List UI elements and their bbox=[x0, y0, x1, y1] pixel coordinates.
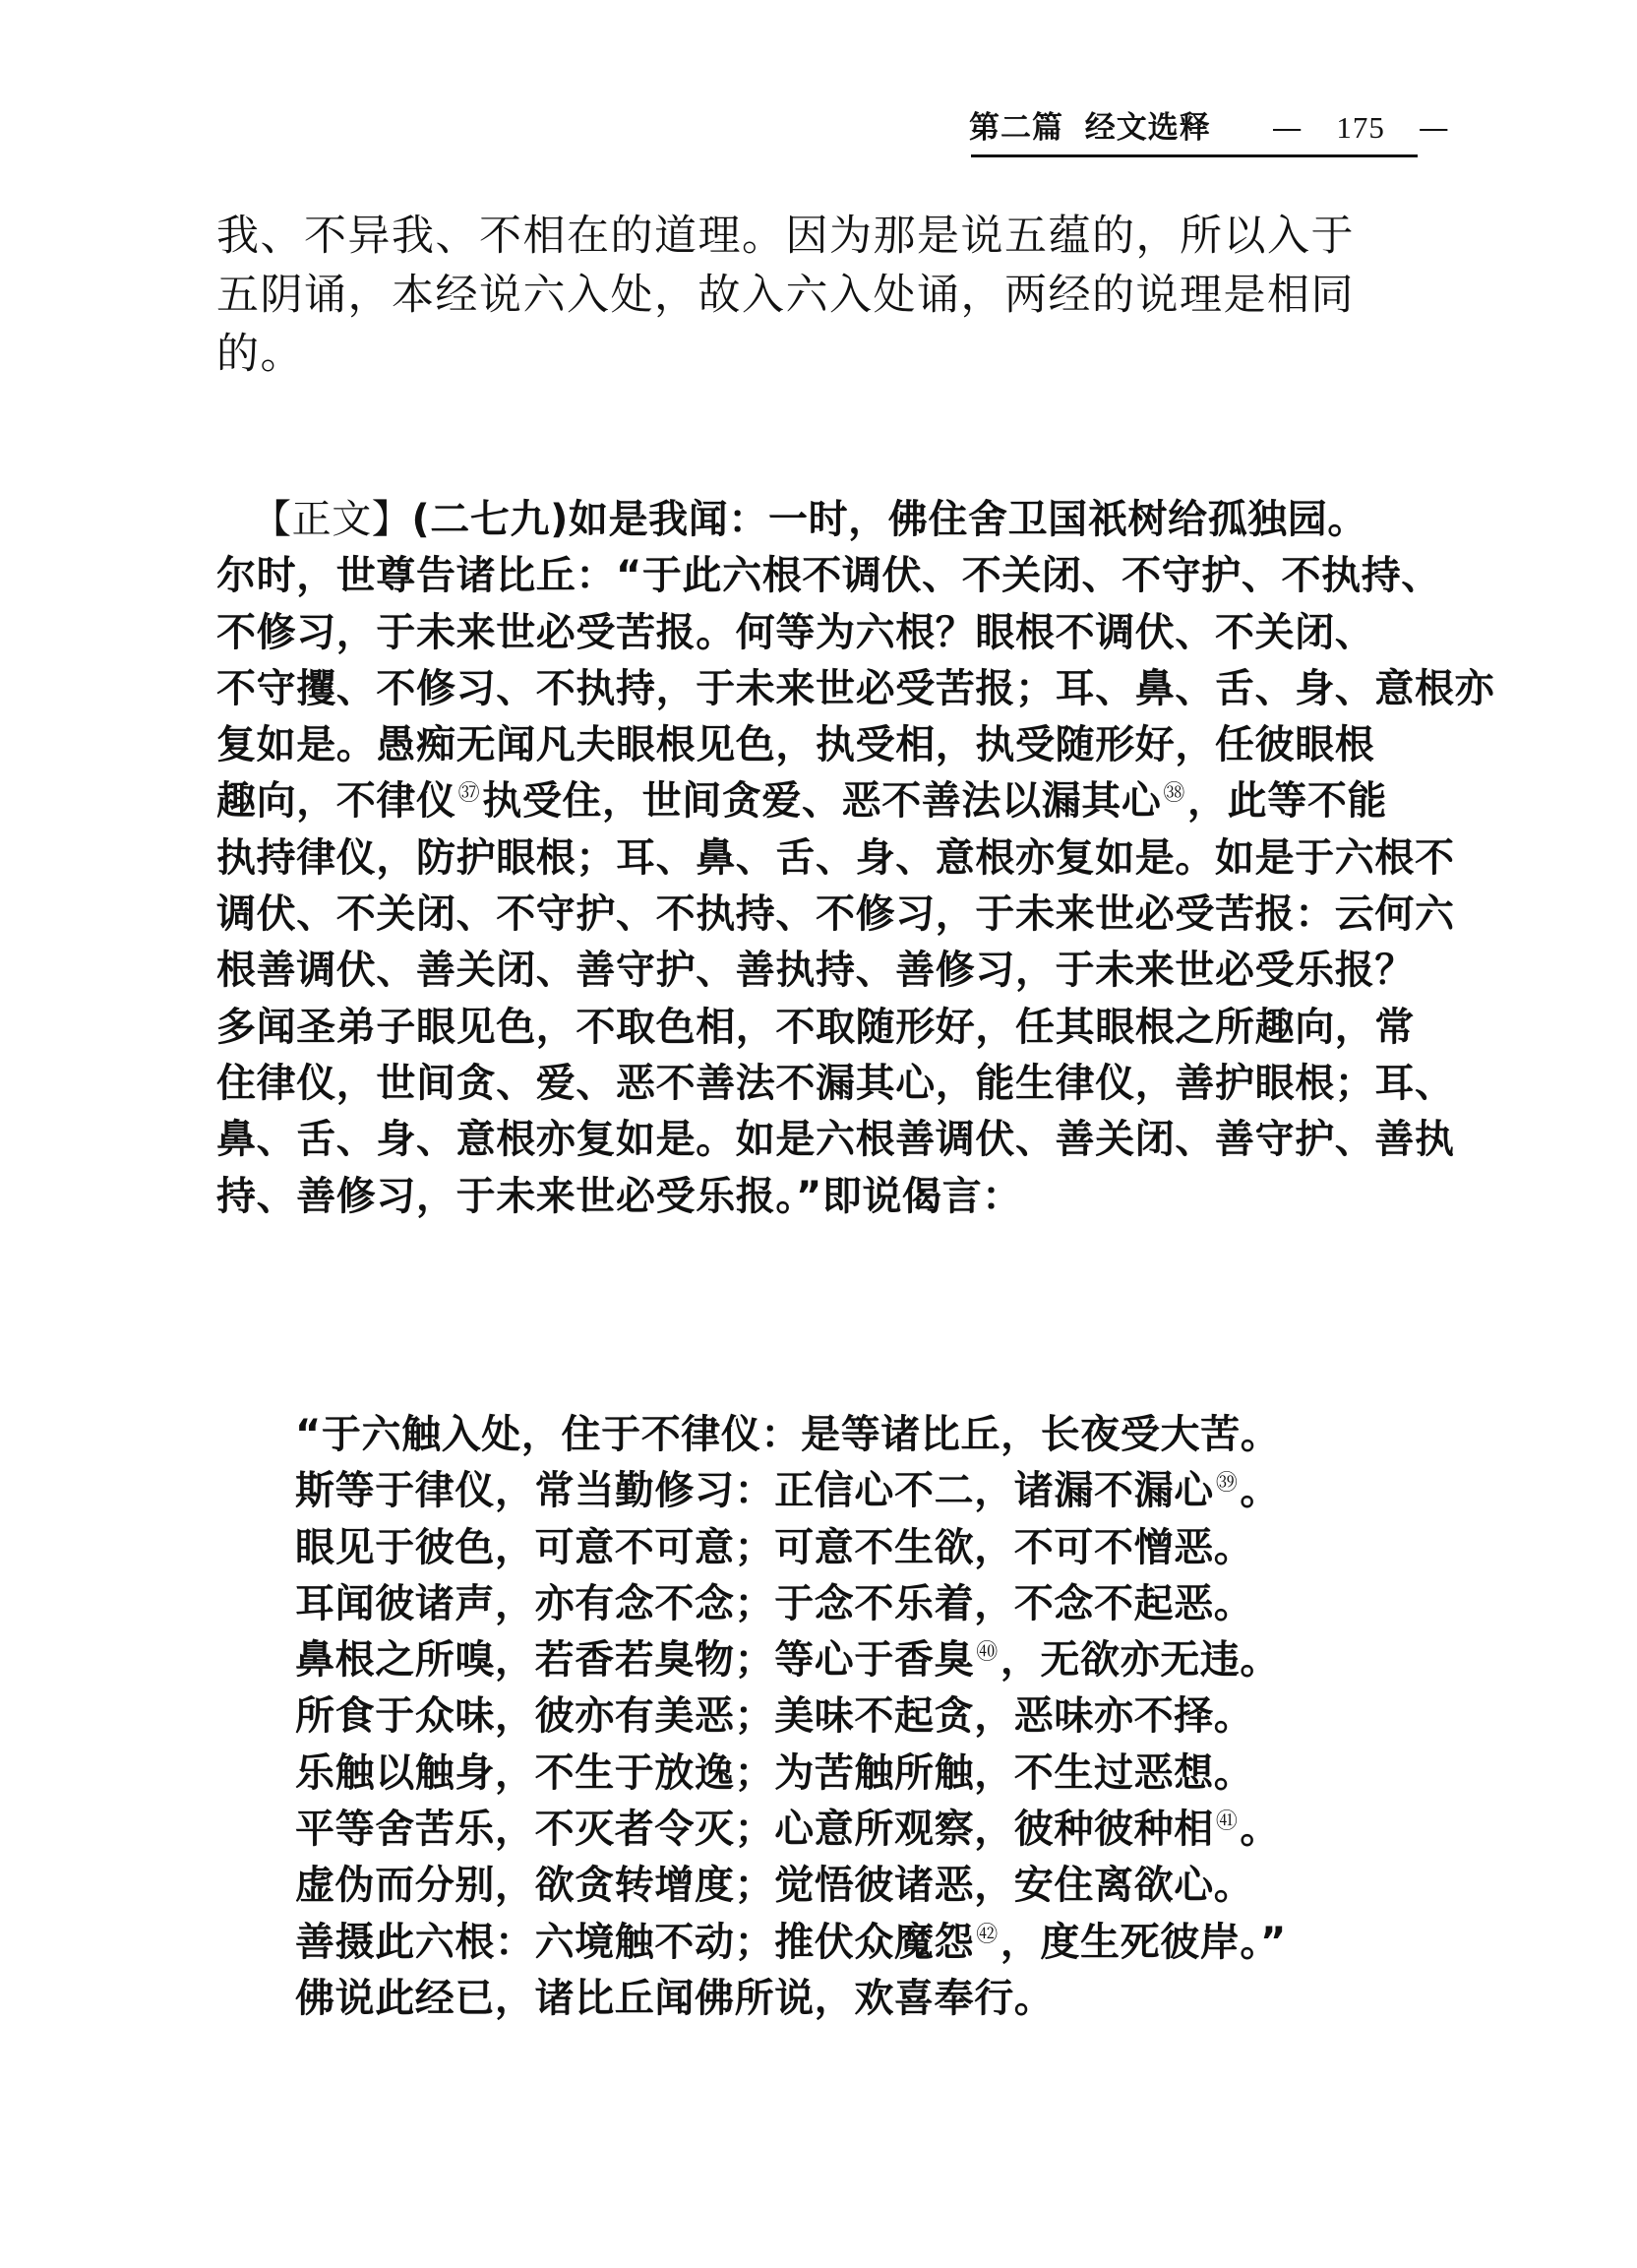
text-line: 调伏、不关闭、不守护、不执持、不修习，于未来世必受苦报：云何六 bbox=[216, 887, 1436, 943]
line-text: 执受住，世间贪爱、恶不善法以漏其心 bbox=[482, 778, 1161, 824]
line-text: 善摄此六根：六境触不动；推伏众魔怨 bbox=[295, 1920, 974, 1965]
closing-line: 佛说此经已，诸比丘闻佛所说，欢喜奉行。 bbox=[295, 1971, 1397, 2027]
line-text: ，度生死彼岸。” bbox=[1000, 1920, 1287, 1965]
line-text: 鼻根之所嗅，若香若臭物；等心于香臭 bbox=[295, 1637, 974, 1683]
main-text-paragraph: 【正文】(二七九)如是我闻：一时，佛住舍卫国祇树给孤独园。 尔时，世尊告诸比丘：… bbox=[216, 492, 1436, 1225]
text-line: 的。 bbox=[216, 325, 1436, 384]
line-text: 平等舍苦乐，不灭者令灭；心意所观察，彼种彼种相 bbox=[295, 1807, 1214, 1852]
text-line: 五阴诵，本经说六入处，故入六入处诵，两经的说理是相同 bbox=[216, 266, 1436, 325]
part-title: 第二篇 bbox=[969, 102, 1063, 147]
page-number: 175 bbox=[1336, 110, 1385, 146]
line-text: ，无欲亦无违。 bbox=[1000, 1637, 1280, 1683]
header-rule bbox=[971, 154, 1418, 157]
footnote-marker[interactable]: ㊲ bbox=[458, 781, 481, 806]
verse-line: 虚伪而分别，欲贪转增度；觉悟彼诸恶，安住离欲心。 bbox=[295, 1858, 1397, 1914]
text-line: 住律仪，世间贪、爱、恶不善法不漏其心，能生律仪，善护眼根；耳、 bbox=[216, 1056, 1436, 1112]
footnote-marker[interactable]: ㊵ bbox=[976, 1640, 999, 1665]
section-title: 经文选释 bbox=[1085, 102, 1211, 147]
footnote-marker[interactable]: ㊳ bbox=[1163, 781, 1185, 806]
verse-line: 乐触以触身，不生于放逸；为苦触所触，不生过恶想。 bbox=[295, 1746, 1397, 1802]
line-text: 趣向，不律仪 bbox=[216, 778, 456, 824]
verse-line: 所食于众味，彼亦有美恶；美味不起贪，恶味亦不择。 bbox=[295, 1688, 1397, 1745]
verse-block: “于六触入处，住于不律仪：是等诸比丘，长夜受大苦。 斯等于律仪，常当勤修习：正信… bbox=[295, 1407, 1397, 2027]
footnote-marker[interactable]: ㊶ bbox=[1216, 1809, 1239, 1834]
verse-line: “于六触入处，住于不律仪：是等诸比丘，长夜受大苦。 bbox=[295, 1407, 1397, 1463]
text-line: 不守攫、不修习、不执持，于未来世必受苦报；耳、鼻、舌、身、意根亦 bbox=[216, 661, 1436, 717]
text-line: 持、善修习，于未来世必受乐报。”即说偈言： bbox=[216, 1169, 1436, 1225]
text-line: 尔时，世尊告诸比丘：“于此六根不调伏、不关闭、不守护、不执持、 bbox=[216, 548, 1436, 604]
line-text: ，此等不能 bbox=[1187, 778, 1387, 824]
verse-line: 耳闻彼诸声，亦有念不念；于念不乐着，不念不起恶。 bbox=[295, 1576, 1397, 1632]
verse-line: 鼻根之所嗅，若香若臭物；等心于香臭㊵，无欲亦无违。 bbox=[295, 1632, 1397, 1688]
text-line: 复如是。愚痴无闻凡夫眼根见色，执受相，执受随形好，任彼眼根 bbox=[216, 717, 1436, 773]
commentary-paragraph: 我、不异我、不相在的道理。因为那是说五蕴的，所以入于 五阴诵，本经说六入处，故入… bbox=[216, 207, 1436, 384]
line-text: 斯等于律仪，常当勤修习：正信心不二，诸漏不漏心 bbox=[295, 1468, 1214, 1513]
footnote-marker[interactable]: ㊷ bbox=[976, 1923, 999, 1947]
text-line: 执持律仪，防护眼根；耳、鼻、舌、身、意根亦复如是。如是于六根不 bbox=[216, 830, 1436, 887]
section-label: 【正文】 bbox=[252, 497, 411, 542]
verse-line: 斯等于律仪，常当勤修习：正信心不二，诸漏不漏心㊴。 bbox=[295, 1463, 1397, 1519]
text-line: 鼻、舌、身、意根亦复如是。如是六根善调伏、善关闭、善守护、善执 bbox=[216, 1112, 1436, 1168]
text-line: 我、不异我、不相在的道理。因为那是说五蕴的，所以入于 bbox=[216, 207, 1436, 266]
verse-line: 平等舍苦乐，不灭者令灭；心意所观察，彼种彼种相㊶。 bbox=[295, 1802, 1397, 1858]
verse-line: 善摄此六根：六境触不动；推伏众魔怨㊷，度生死彼岸。” bbox=[295, 1915, 1397, 1971]
text-line: 多闻圣弟子眼见色，不取色相，不取随形好，任其眼根之所趣向，常 bbox=[216, 1000, 1436, 1056]
line-text: 。 bbox=[1240, 1807, 1280, 1852]
verse-line: 眼见于彼色，可意不可意；可意不生欲，不可不憎恶。 bbox=[295, 1520, 1397, 1576]
line-text: (二七九)如是我闻：一时，佛住舍卫国祇树给孤独园。 bbox=[411, 497, 1367, 542]
footnote-marker[interactable]: ㊴ bbox=[1216, 1471, 1239, 1496]
page-dash-left: — bbox=[1272, 110, 1304, 146]
text-line: 不修习，于未来世必受苦报。何等为六根？眼根不调伏、不关闭、 bbox=[216, 605, 1436, 661]
text-line: 趣向，不律仪㊲执受住，世间贪爱、恶不善法以漏其心㊳，此等不能 bbox=[216, 773, 1436, 829]
line-text: 。 bbox=[1240, 1468, 1280, 1513]
page-dash-right: — bbox=[1419, 110, 1450, 146]
text-line: 【正文】(二七九)如是我闻：一时，佛住舍卫国祇树给孤独园。 bbox=[216, 492, 1436, 548]
text-line: 根善调伏、善关闭、善守护、善执持、善修习，于未来世必受乐报？ bbox=[216, 943, 1436, 999]
running-head: 第二篇 经文选释 — 175 — bbox=[969, 102, 1419, 155]
